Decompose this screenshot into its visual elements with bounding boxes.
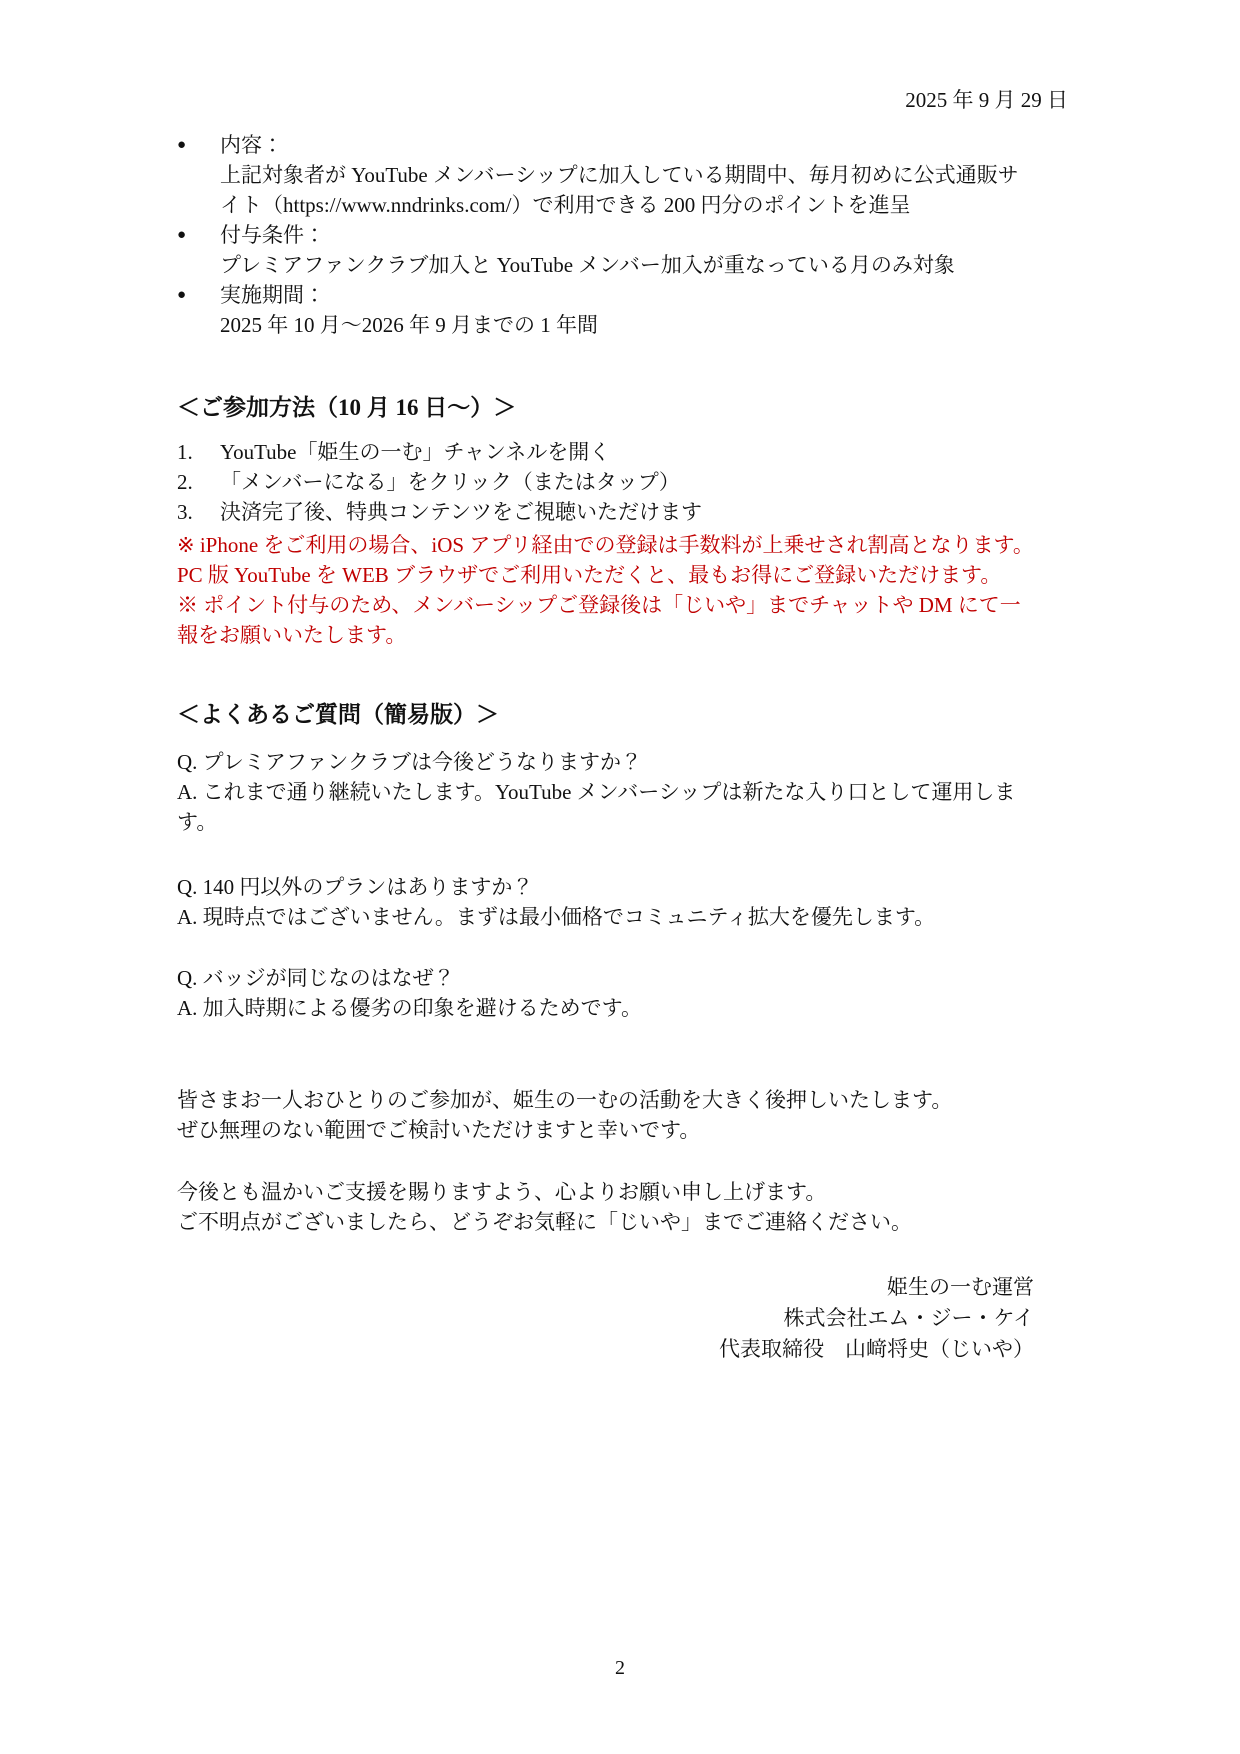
faq-answer-line: A. 加入時期による優劣の印象を避けるためです。 — [177, 993, 1082, 1023]
benefit-item: ● 付与条件： プレミアファンクラブ加入と YouTube メンバー加入が重なっ… — [177, 220, 1082, 280]
registration-notes: ※ iPhone をご利用の場合、iOS アプリ経由での登録は手数料が上乗せされ… — [177, 530, 1082, 650]
participation-heading: ＜ご参加方法（10 月 16 日～）＞ — [177, 393, 1082, 423]
document-date: 2025 年 9 月 29 日 — [177, 0, 1082, 115]
page-number: 2 — [0, 1653, 1240, 1683]
benefit-body: 実施期間： 2025 年 10 月～2026 年 9 月までの 1 年間 — [220, 280, 1082, 340]
note-line: ※ iPhone をご利用の場合、iOS アプリ経由での登録は手数料が上乗せされ… — [177, 530, 1082, 560]
document-page: 2025 年 9 月 29 日 ● 内容： 上記対象者が YouTube メンバ… — [0, 0, 1240, 1754]
benefit-label: 実施期間： — [220, 280, 1082, 310]
step-number: 3. — [177, 497, 220, 527]
signature-line: 代表取締役 山﨑将史（じいや） — [177, 1334, 1034, 1365]
note-line: 報をお願いいたします。 — [177, 620, 1082, 650]
faq-question: Q. バッジが同じなのはなぜ？ — [177, 963, 1082, 993]
signature-line: 株式会社エム・ジー・ケイ — [177, 1303, 1034, 1334]
signature-block: 姫生の一む運営 株式会社エム・ジー・ケイ 代表取締役 山﨑将史（じいや） — [177, 1272, 1082, 1365]
faq-heading: ＜よくあるご質問（簡易版）＞ — [177, 700, 1082, 730]
benefit-item: ● 内容： 上記対象者が YouTube メンバーシップに加入している期間中、毎… — [177, 130, 1082, 220]
closing-line: ぜひ無理のない範囲でご検討いただけますと幸いです。 — [177, 1115, 1082, 1145]
step-text: 決済完了後、特典コンテンツをご視聴いただけます — [220, 497, 702, 527]
faq-answer-line: A. 現時点ではございません。まずは最小価格でコミュニティ拡大を優先します。 — [177, 902, 1082, 932]
benefits-list: ● 内容： 上記対象者が YouTube メンバーシップに加入している期間中、毎… — [177, 130, 1082, 340]
bullet-icon: ● — [177, 130, 220, 220]
closing-line: ご不明点がございましたら、どうぞお気軽に「じいや」までご連絡ください。 — [177, 1207, 1082, 1237]
closing-line: 皆さまお一人おひとりのご参加が、姫生の一むの活動を大きく後押しいたします。 — [177, 1085, 1082, 1115]
benefit-line: イト（https://www.nndrinks.com/）で利用できる 200 … — [220, 190, 1082, 220]
step-text: YouTube「姫生の一む」チャンネルを開く — [220, 437, 610, 467]
benefit-label: 内容： — [220, 130, 1082, 160]
benefit-item: ● 実施期間： 2025 年 10 月～2026 年 9 月までの 1 年間 — [177, 280, 1082, 340]
bullet-icon: ● — [177, 280, 220, 340]
step-number: 1. — [177, 437, 220, 467]
benefit-label: 付与条件： — [220, 220, 1082, 250]
faq-question: Q. 140 円以外のプランはありますか？ — [177, 872, 1082, 902]
benefit-line: 上記対象者が YouTube メンバーシップに加入している期間中、毎月初めに公式… — [220, 160, 1082, 190]
closing-paragraph: 今後とも温かいご支援を賜りますよう、心よりお願い申し上げます。 ご不明点がござい… — [177, 1177, 1082, 1237]
faq-item: Q. 140 円以外のプランはありますか？ A. 現時点ではございません。まずは… — [177, 872, 1082, 932]
faq-item: Q. バッジが同じなのはなぜ？ A. 加入時期による優劣の印象を避けるためです。 — [177, 963, 1082, 1023]
step-text: 「メンバーになる」をクリック（またはタップ） — [220, 467, 680, 497]
benefit-line: 2025 年 10 月～2026 年 9 月までの 1 年間 — [220, 310, 1082, 340]
faq-question: Q. プレミアファンクラブは今後どうなりますか？ — [177, 747, 1082, 777]
note-line: PC 版 YouTube を WEB ブラウザでご利用いただくと、最もお得にご登… — [177, 560, 1082, 590]
bullet-icon: ● — [177, 220, 220, 280]
step-item: 3. 決済完了後、特典コンテンツをご視聴いただけます — [177, 497, 1082, 527]
closing-line: 今後とも温かいご支援を賜りますよう、心よりお願い申し上げます。 — [177, 1177, 1082, 1207]
step-item: 2. 「メンバーになる」をクリック（またはタップ） — [177, 467, 1082, 497]
signature-line: 姫生の一む運営 — [177, 1272, 1034, 1303]
benefit-line: プレミアファンクラブ加入と YouTube メンバー加入が重なっている月のみ対象 — [220, 250, 1082, 280]
note-line: ※ ポイント付与のため、メンバーシップご登録後は「じいや」までチャットや DM … — [177, 590, 1082, 620]
faq-item: Q. プレミアファンクラブは今後どうなりますか？ A. これまで通り継続いたしま… — [177, 747, 1082, 837]
benefit-body: 内容： 上記対象者が YouTube メンバーシップに加入している期間中、毎月初… — [220, 130, 1082, 220]
faq-answer-line: A. これまで通り継続いたします。YouTube メンバーシップは新たな入り口と… — [177, 777, 1082, 807]
step-number: 2. — [177, 467, 220, 497]
faq-answer-line: す。 — [177, 807, 1082, 837]
benefit-body: 付与条件： プレミアファンクラブ加入と YouTube メンバー加入が重なってい… — [220, 220, 1082, 280]
step-item: 1. YouTube「姫生の一む」チャンネルを開く — [177, 437, 1082, 467]
closing-paragraph: 皆さまお一人おひとりのご参加が、姫生の一むの活動を大きく後押しいたします。 ぜひ… — [177, 1085, 1082, 1145]
participation-steps: 1. YouTube「姫生の一む」チャンネルを開く 2. 「メンバーになる」をク… — [177, 437, 1082, 527]
